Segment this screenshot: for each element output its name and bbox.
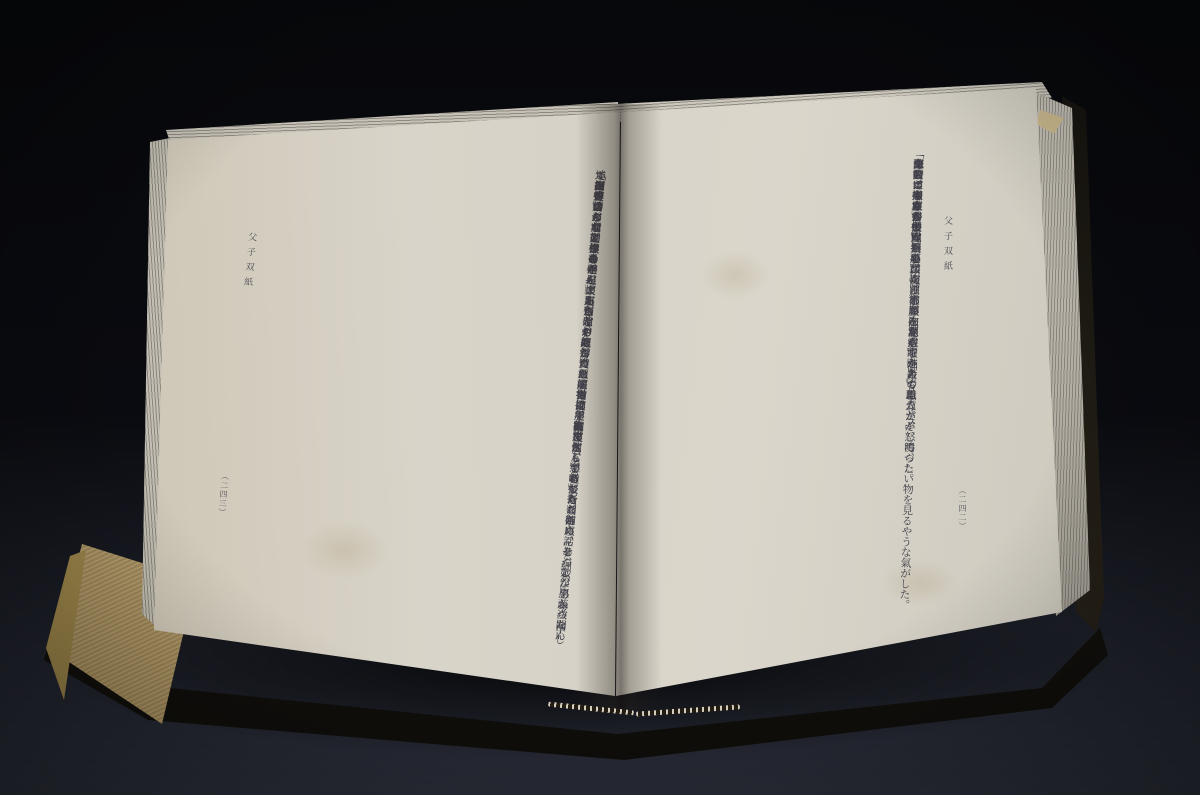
left-page-text: 「話さんと判りませんが あつしやあ、實は、掏摸で御座んしてね」 「掏摸」 「巾着… <box>205 139 606 673</box>
gutter-shadow <box>576 104 662 710</box>
book-photo: 父子双紙 （二四二） 「やつてやがらあ」 「やいつ、庄公つ」 二人が通りか丶つた… <box>0 0 1200 795</box>
running-title-right: 父子双紙 <box>941 216 954 276</box>
page-number-right: （二四二） <box>957 486 968 531</box>
